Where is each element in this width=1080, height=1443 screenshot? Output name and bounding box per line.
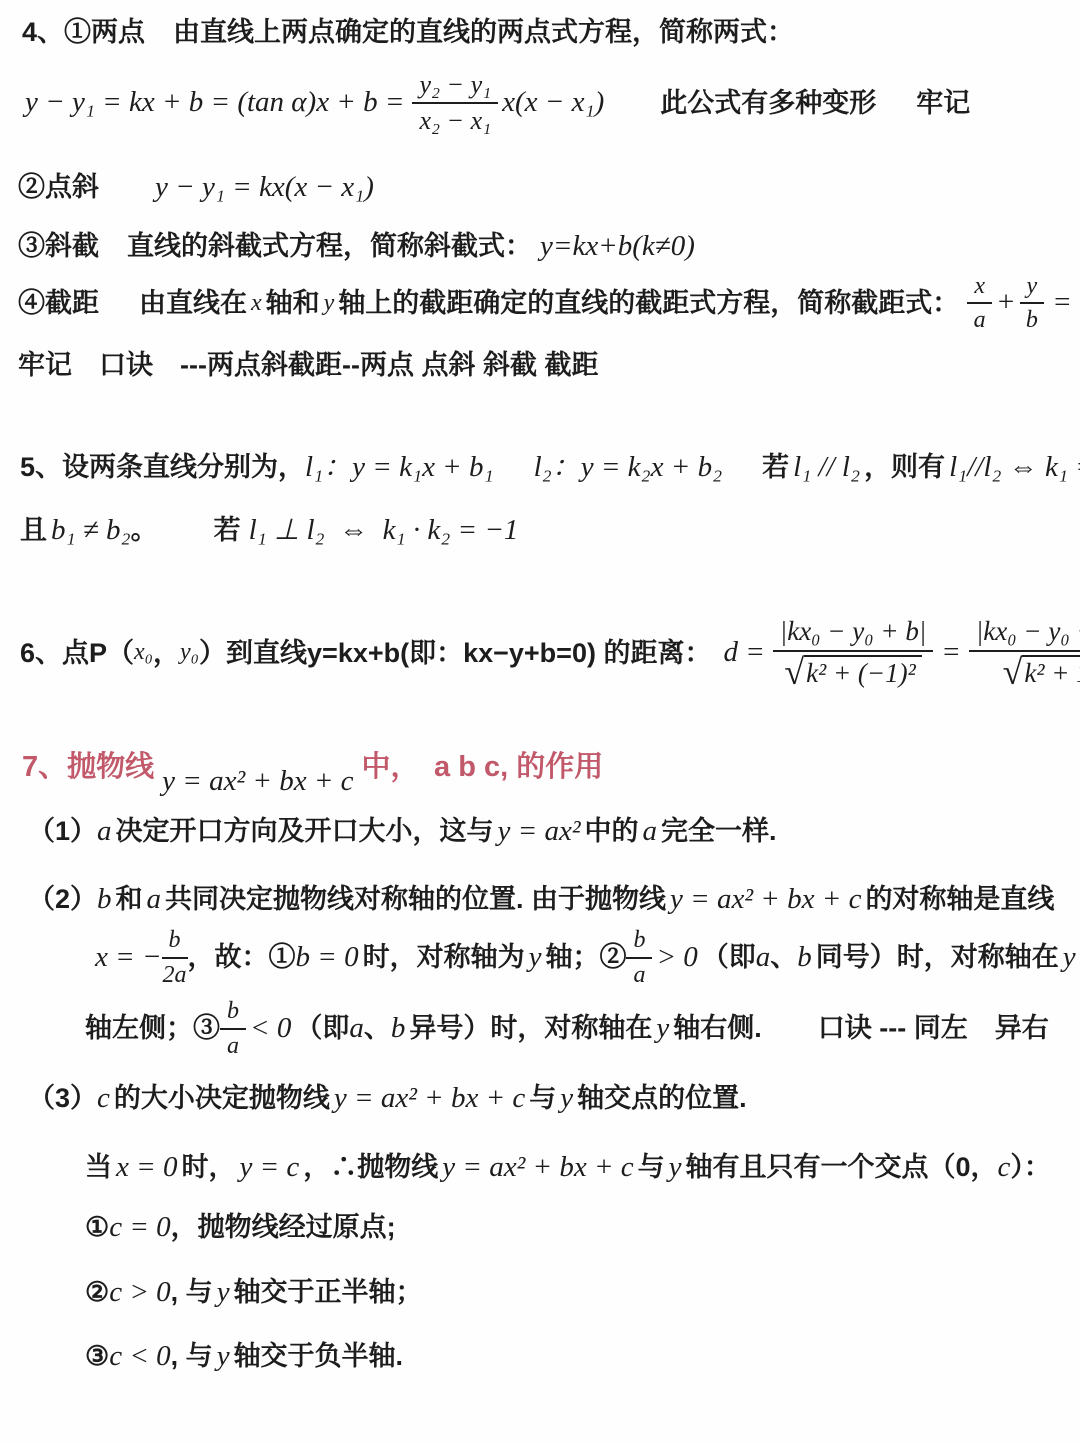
item-3-line: （3）c的大小决定抛物线y = ax² + bx + c与y轴交点的位置. [0,1077,1080,1121]
item-2-text-5: 时，对称轴为 [363,937,525,978]
case-3-text-2: 轴交于负半轴. [234,1336,404,1377]
y0-variable: y₀ [180,639,199,666]
point-p-text: 6、点P（ [20,633,134,674]
item-2-text-4: ，故：① [188,937,296,978]
c-equals-zero: c = 0 [109,1206,170,1250]
d-equals: d = [723,631,764,675]
item-3-text-1: 的大小决定抛物线 [114,1078,330,1119]
item-3-marker: （3） [28,1078,97,1119]
with-text: 与 [638,1147,665,1188]
item-2-marker: （2） [28,879,97,920]
y-variable-2: y [529,936,542,980]
item-2-text-11: 异号）时，对称轴在 [409,1008,652,1049]
b-over-2a-numerator: b [162,927,188,958]
two-point-formula-tail: x(x − x₁) [502,81,604,125]
two-point-formula-line: y − y₁ = kx + b = (tan α)x + b =y₂ − y₁x… [0,71,1080,136]
y-variable-4: y [656,1007,669,1051]
item-3-line2: 当x = 0时，y = c，∴抛物线y = ax² + bx + c与y轴有且只… [0,1146,1080,1190]
intercept-description-3: 轴上的截距确定的直线的截距式方程，简称截距式： [338,283,959,324]
two-point-description: 由直线上两点确定的直线的两点式方程，简称两式： [173,12,794,53]
b-over-a-fraction-1: ba [626,927,652,988]
intersection-text: 轴有且只有一个交点（0， [686,1147,998,1188]
y-equals-c: y = c [239,1146,299,1190]
c-variable: c [97,1077,110,1121]
distance-fraction-1: |kx₀ − y₀ + b|√k² + (−1)² [773,617,934,689]
radicand-2: k² + 1 [1022,655,1080,689]
item-1-marker: （1） [28,811,97,852]
y-over-b-denominator: b [1026,304,1038,333]
heading-intercept-form: ④截距 [18,283,99,324]
distance-fraction-2: |kx₀ − y₀ + b|√k² + 1 [969,617,1080,689]
section6-line: 6、点P（x₀，y₀）到直线y=kx+b(即：kx−y+b=0) 的距离：d =… [0,617,1080,689]
section7-title-left: 7、抛物线 [22,747,154,788]
line1-equation: l₁：y = k₁x + b₁ [305,446,494,490]
a-variable: a [97,810,112,854]
distance-fraction-2-denominator: √k² + 1 [1003,652,1080,689]
x-over-a-denominator: a [974,304,986,333]
mnemonic-text: 牢记 口诀 ---两点斜截距--两点 点斜 斜截 截距 [18,345,598,386]
case-2-text-2: 轴交于正半轴； [234,1272,423,1313]
if-text-2: 若 [214,510,241,551]
y-variable-3: y [1063,936,1076,980]
comma-mark: ， [153,633,180,674]
parallel-equivalence: l₁//l₂ ⇔ k₁ = k₂ [949,446,1080,490]
b-over-a-2-denominator: a [227,1030,239,1059]
mnemonic-same-left: 口诀 --- 同左 异右 [818,1008,1049,1049]
item-3-text-3: 轴交点的位置. [577,1078,747,1119]
case-c-positive-line: ②c > 0, 与y轴交于正半轴； [0,1271,1080,1315]
case-2-text-1: , 与 [171,1272,213,1313]
parabola-formula-4: y = ax² + bx + c [442,1146,633,1190]
slope-intercept-description: 直线的斜截式方程，简称斜截式： [127,226,532,267]
close-paren-colon: ）： [1010,1147,1051,1188]
enumeration-comma: 、 [770,937,797,978]
point-slope-line: ②点斜y − y₁ = kx(x − x₁) [0,166,1080,210]
a-variable-4: a [756,936,771,980]
y-variable-7: y [217,1271,230,1315]
section7-heading: 7、抛物线y = ax² + bx + c中， a b c, 的作用 [0,747,1080,791]
distance-fraction-1-numerator: |kx₀ − y₀ + b| [773,617,934,652]
heading-point-slope: ②点斜 [18,167,99,208]
b-over-2a-fraction: b2a [162,927,188,988]
case-3-marker: ③ [85,1336,109,1377]
y-variable-5: y [560,1077,573,1121]
parabola-formula: y = ax² + bx + c [162,760,353,804]
b-variable: b [97,878,112,922]
equals-sign: = [941,631,961,675]
item-2-text-1: 和 [116,879,143,920]
and-text: 且 [20,510,47,551]
y-over-b-numerator: y [1020,273,1045,304]
a-variable-3: a [147,878,162,922]
intercepts-not-equal: b₁ ≠ b₂ [51,509,131,553]
section5-intro: 5、设两条直线分别为， [20,447,305,488]
mnemonic-line: 牢记 口诀 ---两点斜截距--两点 点斜 斜截 截距 [0,345,1080,386]
b-over-a-fraction-2: ba [220,998,246,1059]
b-variable-2: b [797,936,812,980]
memorize-note: 牢记 [916,83,970,124]
section5-line1: 5、设两条直线分别为，l₁：y = k₁x + b₁l₂：y = k₂x + b… [0,446,1080,490]
greater-than-zero: > 0 [656,936,697,980]
item-1-text-2: 中的 [585,811,639,852]
distance-description: ）到直线y=kx+b(即：kx−y+b=0) 的距离： [199,633,711,674]
y-over-b-fraction: yb [1020,273,1045,334]
x0-variable: x₀ [134,639,153,666]
y-variable: y [324,290,335,317]
line2-equation: l₂：y = k₂x + b₂ [534,446,723,490]
y-ax2-formula: y = ax² [498,810,581,854]
y-variable-8: y [217,1335,230,1379]
radicand-1: k² + (−1)² [804,655,922,689]
then-comma: 时， [181,1147,235,1188]
item-3-text-2: 与 [529,1078,556,1119]
point-slope-formula: y − y₁ = kx(x − x₁) [155,166,374,210]
item-2-text-8: 同号）时，对称轴在 [816,937,1059,978]
therefore-text: ，∴抛物线 [303,1147,438,1188]
intercept-form-line: ④截距由直线在x轴和y轴上的截距确定的直线的截距式方程，简称截距式：xa+yb=… [0,273,1080,334]
a-variable-5: a [349,1007,364,1051]
b-over-a-2-numerator: b [220,998,246,1029]
item-1-line: （1）a决定开口方向及开口大小，这与y = ax²中的a完全一样. [0,810,1080,854]
item-2-text-12: 轴右侧. [673,1008,762,1049]
case-1-text: ，抛物线经过原点; [171,1207,396,1248]
period-mark: 。 [131,510,158,551]
b-over-a-1-denominator: a [633,959,645,988]
axis-formula-lead: x = − [95,936,162,980]
intercept-description-1: 由直线在 [139,283,247,324]
item-2-text-9: 轴左侧；③ [85,1008,220,1049]
slope-fraction-numerator: y₂ − y₁ [412,71,498,105]
intercept-description-2: 轴和 [266,283,320,324]
sqrt-icon: √ [784,655,804,689]
heading-two-point: ①两点 [64,12,145,53]
item-2-line3: 轴左侧；③ba< 0（即a、b异号）时，对称轴在y轴右侧.口诀 --- 同左 异… [0,998,1080,1059]
y-variable-6: y [669,1146,682,1190]
c-less-zero: c < 0 [109,1335,170,1379]
x-variable: x [251,290,262,317]
b-over-a-1-numerator: b [626,927,652,958]
x-equals-zero: x = 0 [116,1146,177,1190]
b-variable-3: b [391,1007,406,1051]
formula-note: 此公式有多种变形 [660,83,876,124]
equals-one: = 1 [1052,281,1080,325]
item-2-text-7: （即 [702,937,756,978]
case-c-zero-line: ①c = 0，抛物线经过原点; [0,1206,1080,1250]
section4-number: 4、 [22,12,64,53]
less-than-zero: < 0 [250,1007,291,1051]
section5-line2: 且b₁ ≠ b₂。若l₁ ⊥ l₂ ⇔ k₁ · k₂ = −1 [0,509,1080,553]
sqrt-icon: √ [1003,655,1023,689]
item-1-text-1: 决定开口方向及开口大小，这与 [116,811,494,852]
item-2-text-6: 轴；② [545,937,626,978]
distance-fraction-1-denominator: √k² + (−1)² [784,652,921,689]
item-2-text-2: 共同决定抛物线对称轴的位置. 由于抛物线 [165,879,666,920]
when-text: 当 [85,1147,112,1188]
case-1-marker: ① [85,1207,109,1248]
parabola-formula-3: y = ax² + bx + c [334,1077,525,1121]
parabola-formula-2: y = ax² + bx + c [670,878,861,922]
item-2-text-10: （即 [295,1008,349,1049]
math-notes-document: 4、①两点由直线上两点确定的直线的两点式方程，简称两式： y − y₁ = kx… [0,0,1080,1378]
if-text: 若 [762,447,789,488]
slope-intercept-formula: y=kx+b(k≠0) [540,225,695,269]
perpendicular-equivalence: l₁ ⊥ l₂ ⇔ k₁ · k₂ = −1 [249,509,519,553]
item-1-text-3: 完全一样. [661,811,777,852]
x-over-a-numerator: x [967,273,992,304]
section7-title-right: 中， a b c, 的作用 [362,747,604,788]
slope-intercept-line: ③斜截直线的斜截式方程，简称斜截式：y=kx+b(k≠0) [0,225,1080,269]
b-equals-zero: b = 0 [296,936,359,980]
heading-slope-intercept: ③斜截 [18,226,99,267]
section4-heading-line: 4、①两点由直线上两点确定的直线的两点式方程，简称两式： [0,12,1080,53]
c-variable-2: c [998,1146,1011,1190]
case-2-marker: ② [85,1272,109,1313]
item-2-line1: （2）b和a共同决定抛物线对称轴的位置. 由于抛物线y = ax² + bx +… [0,878,1080,922]
slope-fraction-denominator: x₂ − x₁ [419,104,491,136]
item-2-text-3: 的对称轴是直线 [865,879,1054,920]
a-variable-2: a [643,810,658,854]
distance-fraction-2-numerator: |kx₀ − y₀ + b| [969,617,1080,652]
b-over-2a-denominator: 2a [163,959,187,988]
plus-sign: + [996,281,1016,325]
item-2-line2: x = −b2a，故：①b = 0时，对称轴为y轴；②ba> 0（即a、b同号）… [0,927,1080,988]
case-3-text-1: , 与 [171,1336,213,1377]
c-greater-zero: c > 0 [109,1271,170,1315]
x-over-a-fraction: xa [967,273,992,334]
slope-fraction: y₂ − y₁x₂ − x₁ [412,71,498,136]
two-point-formula-lead: y − y₁ = kx + b = (tan α)x + b = [25,81,404,125]
then-text: ，则有 [864,447,945,488]
case-c-negative-line: ③c < 0, 与y轴交于负半轴. [0,1335,1080,1379]
enumeration-comma-2: 、 [364,1008,391,1049]
parallel-condition: l₁ // l₂ [793,446,860,490]
